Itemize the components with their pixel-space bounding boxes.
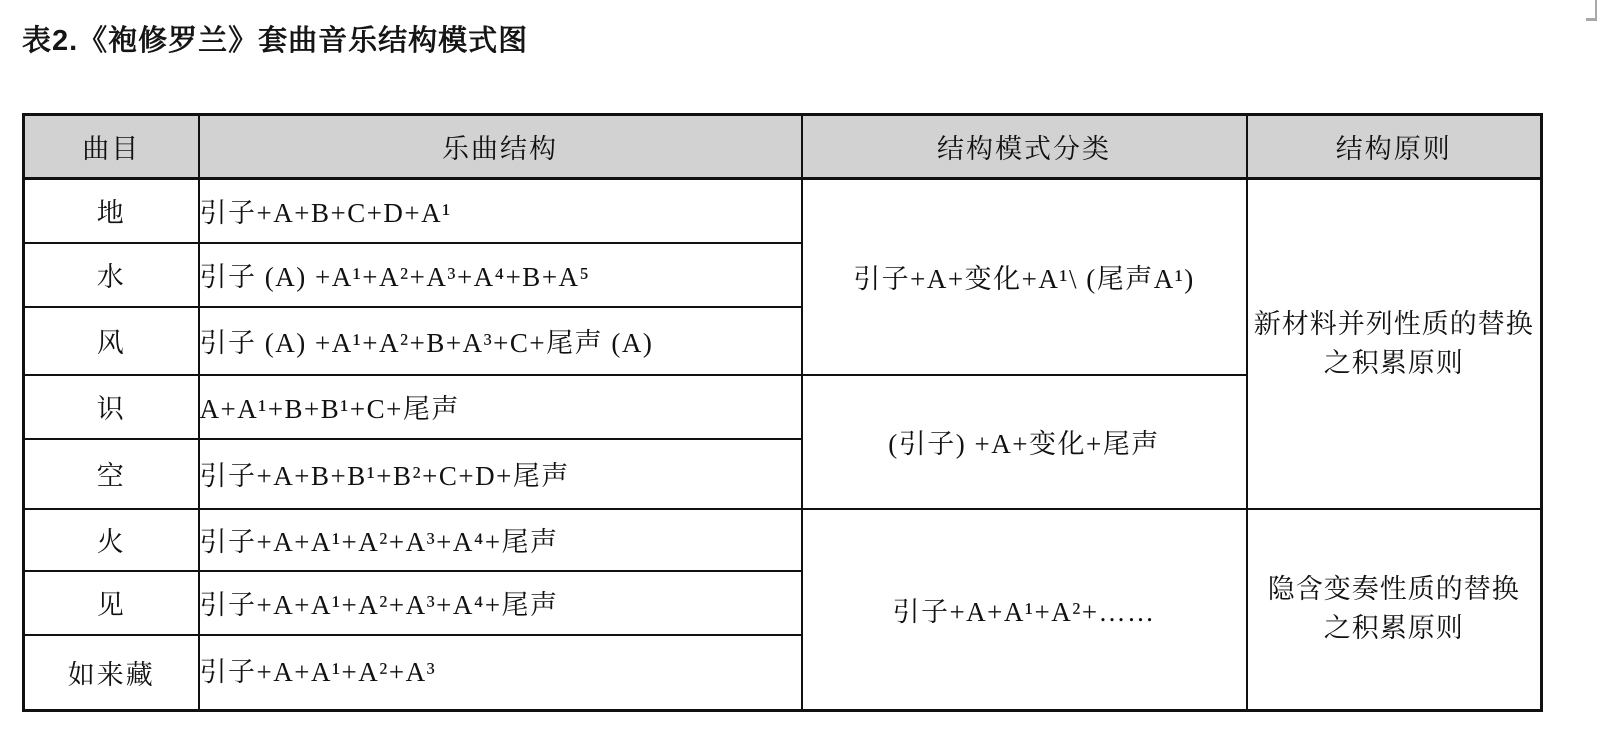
track-cell: 空	[24, 439, 199, 509]
principle-line: 新材料并列性质的替换	[1248, 305, 1541, 344]
structure-cell: A+A¹+B+B¹+C+尾声	[199, 375, 802, 439]
track-cell: 见	[24, 571, 199, 635]
structure-cell: 引子+A+B+B¹+B²+C+D+尾声	[199, 439, 802, 509]
structure-cell: 引子+A+A¹+A²+A³	[199, 635, 802, 711]
track-cell: 如来藏	[24, 635, 199, 711]
track-cell: 风	[24, 307, 199, 375]
principle-cell: 新材料并列性质的替换 之积累原则	[1247, 179, 1542, 509]
structure-cell: 引子+A+B+C+D+A¹	[199, 179, 802, 243]
structure-cell: 引子 (A) +A¹+A²+B+A³+C+尾声 (A)	[199, 307, 802, 375]
scrollbar-edge-artifact	[1586, 18, 1597, 21]
header-cell-principle: 结构原则	[1247, 115, 1542, 179]
structure-cell: 引子+A+A¹+A²+A³+A⁴+尾声	[199, 571, 802, 635]
header-cell-structure: 乐曲结构	[199, 115, 802, 179]
structure-cell: 引子 (A) +A¹+A²+A³+A⁴+B+A⁵	[199, 243, 802, 307]
principle-line: 隐含变奏性质的替换	[1248, 570, 1541, 609]
document-page: 表2.《袍修罗兰》套曲音乐结构模式图 曲目 乐曲结构 结构模式分类 结构原则 地…	[0, 0, 1602, 736]
header-cell-pattern: 结构模式分类	[802, 115, 1247, 179]
principle-line: 之积累原则	[1248, 344, 1541, 383]
table-row: 火 引子+A+A¹+A²+A³+A⁴+尾声 引子+A+A¹+A²+…… 隐含变奏…	[24, 509, 1542, 571]
pattern-cell: 引子+A+A¹+A²+……	[802, 509, 1247, 711]
table-header-row: 曲目 乐曲结构 结构模式分类 结构原则	[24, 115, 1542, 179]
table-title: 表2.《袍修罗兰》套曲音乐结构模式图	[22, 18, 528, 59]
track-cell: 水	[24, 243, 199, 307]
pattern-cell: (引子) +A+变化+尾声	[802, 375, 1247, 509]
track-cell: 火	[24, 509, 199, 571]
principle-line: 之积累原则	[1248, 609, 1541, 648]
music-structure-table: 曲目 乐曲结构 结构模式分类 结构原则 地 引子+A+B+C+D+A¹ 引子+A…	[22, 113, 1543, 712]
table-row: 地 引子+A+B+C+D+A¹ 引子+A+变化+A¹\ (尾声A¹) 新材料并列…	[24, 179, 1542, 243]
scrollbar-edge-artifact	[1595, 0, 1597, 19]
track-cell: 地	[24, 179, 199, 243]
track-cell: 识	[24, 375, 199, 439]
pattern-cell: 引子+A+变化+A¹\ (尾声A¹)	[802, 179, 1247, 375]
principle-cell: 隐含变奏性质的替换 之积累原则	[1247, 509, 1542, 711]
header-cell-track: 曲目	[24, 115, 199, 179]
structure-cell: 引子+A+A¹+A²+A³+A⁴+尾声	[199, 509, 802, 571]
